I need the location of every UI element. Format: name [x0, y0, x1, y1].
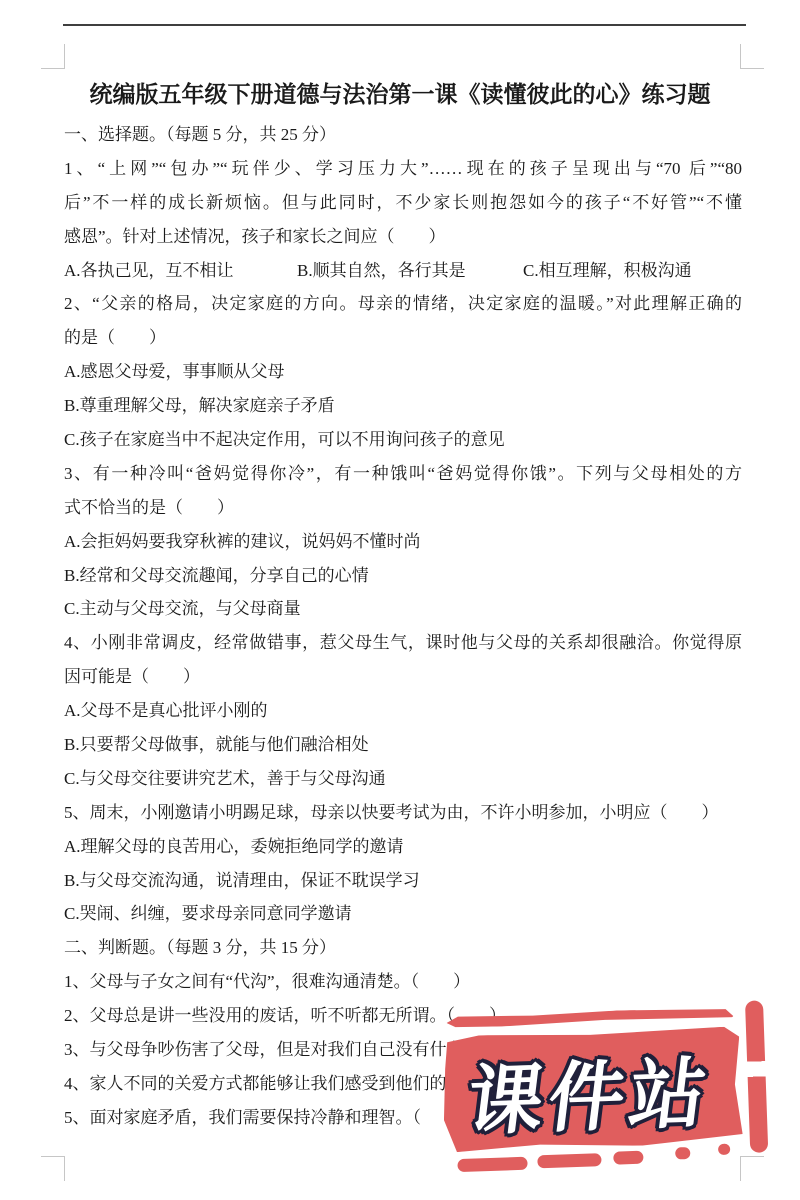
- question-line: 后”不一样的成长新烦恼。但与此同时，不少家长则抱怨如今的孩子“不好管”“不懂: [64, 186, 742, 220]
- option-line: A.感恩父母爱，事事顺从父母: [64, 355, 742, 389]
- option-c: C.相互理解，积极沟通: [523, 254, 692, 288]
- stamp-bottom-stroke: [537, 1153, 601, 1168]
- question-line: 1、“上网”“包办”“玩伴少、学习压力大”……现在的孩子呈现出与“70 后”“8…: [64, 152, 742, 186]
- option-line: C.主动与父母交流，与父母商量: [64, 592, 742, 626]
- question-line: 因可能是（ ）: [64, 660, 742, 694]
- option-line: B.经常和父母交流趣闻，分享自己的心情: [64, 559, 742, 593]
- option-line: A.父母不是真心批评小刚的: [64, 694, 742, 728]
- stamp-bottom-stroke: [718, 1144, 730, 1155]
- text-boundary-mark-bottom-left: [41, 1156, 65, 1181]
- question-line: 4、小刚非常调皮，经常做错事，惹父母生气，课时他与父母的关系却很融洽。你觉得原: [64, 626, 742, 660]
- section-header: 一、选择题。（每题 5 分，共 25 分）: [64, 118, 742, 152]
- option-line: C.与父母交往要讲究艺术，善于与父母沟通: [64, 762, 742, 796]
- judgment-line: 5、面对家庭矛盾，我们需要保持冷静和理智。（ ）: [64, 1101, 742, 1135]
- stamp-bottom-stroke: [675, 1147, 690, 1160]
- stamp-bottom-stroke: [457, 1157, 527, 1172]
- question-line: 3、有一种冷叫“爸妈觉得你冷”，有一种饿叫“爸妈觉得你饿”。下列与父母相处的方: [64, 457, 742, 491]
- question-line: 2、“父亲的格局，决定家庭的方向。母亲的情绪，决定家庭的温暖。”对此理解正确的: [64, 287, 742, 321]
- header-rule: [63, 24, 746, 26]
- section-header: 二、判断题。（每题 3 分，共 15 分）: [64, 931, 742, 965]
- judgment-line: 2、父母总是讲一些没用的废话，听不听都无所谓。（ ）: [64, 999, 742, 1033]
- option-line: B.尊重理解父母，解决家庭亲子矛盾: [64, 389, 742, 423]
- text-boundary-mark-top-right: [740, 44, 764, 69]
- option-line: B.与父母交流沟通，说清理由，保证不耽误学习: [64, 864, 742, 898]
- judgment-line: 1、父母与子女之间有“代沟”，很难沟通清楚。（ ）: [64, 965, 742, 999]
- option-line: B.只要帮父母做事，就能与他们融洽相处: [64, 728, 742, 762]
- document-body: 一、选择题。（每题 5 分，共 25 分）1、“上网”“包办”“玩伴少、学习压力…: [64, 118, 742, 1135]
- text-boundary-mark-top-left: [41, 44, 65, 69]
- question-line: 式不恰当的是（ ）: [64, 491, 742, 525]
- document-page: 统编版五年级下册道德与法治第一课《读懂彼此的心》练习题 一、选择题。（每题 5 …: [0, 0, 800, 1200]
- stamp-bottom-stroke: [613, 1151, 643, 1165]
- option-line: C.哭闹、纠缠，要求母亲同意同学邀请: [64, 897, 742, 931]
- option-a: A.各执己见，互不相让: [64, 254, 297, 288]
- question-line: 的是（ ）: [64, 321, 742, 355]
- option-line: A.理解父母的良苦用心，委婉拒绝同学的邀请: [64, 830, 742, 864]
- text-boundary-mark-bottom-right: [740, 1156, 764, 1181]
- judgment-line: 4、家人不同的关爱方式都能够让我们感受到他们的爱。（ ）: [64, 1067, 742, 1101]
- options-row: A.各执己见，互不相让B.顺其自然，各行其是C.相互理解，积极沟通: [64, 254, 742, 288]
- stamp-right-border: [745, 1000, 768, 1153]
- option-line: A.会拒妈妈要我穿秋裤的建议，说妈妈不懂时尚: [64, 525, 742, 559]
- page-title: 统编版五年级下册道德与法治第一课《读懂彼此的心》练习题: [0, 76, 800, 109]
- option-line: C.孩子在家庭当中不起决定作用，可以不用询问孩子的意见: [64, 423, 742, 457]
- judgment-line: 3、与父母争吵伤害了父母，但是对我们自己没有什么伤害。（ ）: [64, 1033, 742, 1067]
- option-b: B.顺其自然，各行其是: [297, 254, 523, 288]
- question-line: 5、周末，小刚邀请小明踢足球，母亲以快要考试为由，不许小明参加，小明应（ ）: [64, 796, 742, 830]
- question-line: 感恩”。针对上述情况，孩子和家长之间应（ ）: [64, 220, 742, 254]
